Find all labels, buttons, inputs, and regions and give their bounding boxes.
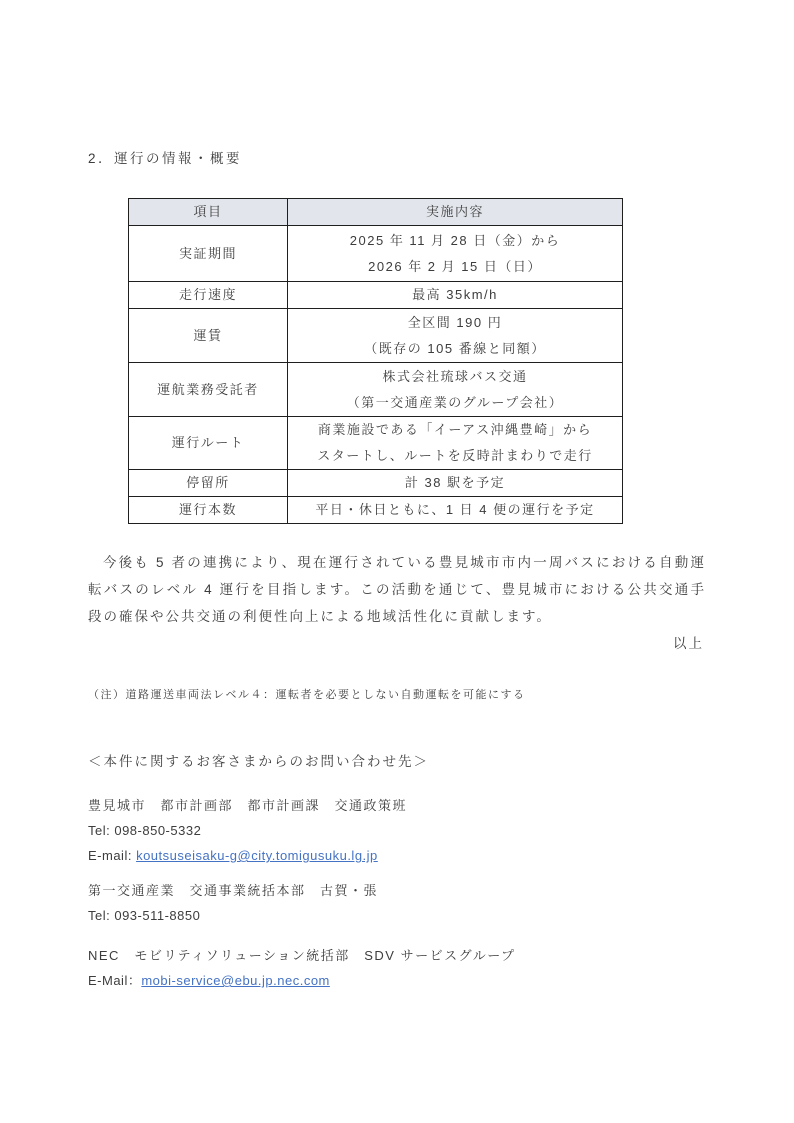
row-value-period: 2025 年 11 月 28 日（金）から 2026 年 2 月 15 日（日） xyxy=(288,226,623,282)
row-value-stops: 計 38 駅を予定 xyxy=(288,470,623,497)
footnote-level4: （注）道路運送車両法レベル４：運転者を必要としない自動運転を可能にする xyxy=(88,687,728,703)
email-label: E-Mail： xyxy=(88,973,141,988)
contact-email-line: E-mail: koutsuseisaku-g@city.tomigusuku.… xyxy=(88,843,728,868)
value-line: 2025 年 11 月 28 日（金）から xyxy=(292,228,618,254)
table-header-item: 項目 xyxy=(129,199,288,226)
table-row-fare: 運賃 全区間 190 円 （既存の 105 番線と同額） xyxy=(129,309,623,363)
row-value-frequency: 平日・休日ともに、1 日 4 便の運行を予定 xyxy=(288,497,623,524)
value-line: 2026 年 2 月 15 日（日） xyxy=(292,254,618,280)
body-paragraph: 今後も 5 者の連携により、現在運行されている豊見城市市内一周バスにおける自動運… xyxy=(88,549,706,630)
document-page: 2．運行の情報・概要 項目 実施内容 実証期間 2025 年 11 月 28 日… xyxy=(0,0,794,1123)
table-header-row: 項目 実施内容 xyxy=(129,199,623,226)
row-label-stops: 停留所 xyxy=(129,470,288,497)
inquiry-heading: ＜本件に関するお客さまからのお問い合わせ先＞ xyxy=(88,750,429,770)
row-label-contractor: 運航業務受託者 xyxy=(129,363,288,417)
row-value-speed: 最高 35km/h xyxy=(288,282,623,309)
email-label: E-mail: xyxy=(88,848,136,863)
contact-org: NEC モビリティソリューション統括部 SDV サービスグループ xyxy=(88,943,728,968)
row-label-frequency: 運行本数 xyxy=(129,497,288,524)
table-row-route: 運行ルート 商業施設である「イーアス沖縄豊崎」から スタートし、ルートを反時計ま… xyxy=(129,417,623,470)
table-row-frequency: 運行本数 平日・休日ともに、1 日 4 便の運行を予定 xyxy=(129,497,623,524)
table-row-period: 実証期間 2025 年 11 月 28 日（金）から 2026 年 2 月 15… xyxy=(129,226,623,282)
table-row-stops: 停留所 計 38 駅を予定 xyxy=(129,470,623,497)
value-line: （既存の 105 番線と同額） xyxy=(292,336,618,362)
row-label-period: 実証期間 xyxy=(129,226,288,282)
row-label-route: 運行ルート xyxy=(129,417,288,470)
row-label-fare: 運賃 xyxy=(129,309,288,363)
value-line: 株式会社琉球バス交通 xyxy=(292,364,618,390)
contact-tel: Tel: 098-850-5332 xyxy=(88,818,728,843)
row-value-route: 商業施設である「イーアス沖縄豊崎」から スタートし、ルートを反時計まわりで走行 xyxy=(288,417,623,470)
value-line: 商業施設である「イーアス沖縄豊崎」から xyxy=(292,417,618,443)
value-line: スタートし、ルートを反時計まわりで走行 xyxy=(292,443,618,469)
row-value-fare: 全区間 190 円 （既存の 105 番線と同額） xyxy=(288,309,623,363)
email-link-nec[interactable]: mobi-service@ebu.jp.nec.com xyxy=(141,973,330,988)
value-line: 全区間 190 円 xyxy=(292,310,618,336)
section-title: 2．運行の情報・概要 xyxy=(88,147,242,167)
closing-text: 以上 xyxy=(88,630,704,657)
table-row-speed: 走行速度 最高 35km/h xyxy=(129,282,623,309)
row-value-contractor: 株式会社琉球バス交通 （第一交通産業のグループ会社） xyxy=(288,363,623,417)
contact-daiichi-kotsu: 第一交通産業 交通事業統括本部 古賀・張 Tel: 093-511-8850 xyxy=(88,878,728,928)
contact-tomigusuku: 豊見城市 都市計画部 都市計画課 交通政策班 Tel: 098-850-5332… xyxy=(88,793,728,868)
operation-info-table: 項目 実施内容 実証期間 2025 年 11 月 28 日（金）から 2026 … xyxy=(128,198,623,524)
contact-tel: Tel: 093-511-8850 xyxy=(88,903,728,928)
table-header-content: 実施内容 xyxy=(288,199,623,226)
email-link-tomigusuku[interactable]: koutsuseisaku-g@city.tomigusuku.lg.jp xyxy=(136,848,378,863)
row-label-speed: 走行速度 xyxy=(129,282,288,309)
contact-org: 豊見城市 都市計画部 都市計画課 交通政策班 xyxy=(88,793,728,818)
table-row-contractor: 運航業務受託者 株式会社琉球バス交通 （第一交通産業のグループ会社） xyxy=(129,363,623,417)
contact-nec: NEC モビリティソリューション統括部 SDV サービスグループ E-Mail：… xyxy=(88,943,728,993)
contact-email-line: E-Mail：mobi-service@ebu.jp.nec.com xyxy=(88,968,728,993)
contact-org: 第一交通産業 交通事業統括本部 古賀・張 xyxy=(88,878,728,903)
value-line: （第一交通産業のグループ会社） xyxy=(292,390,618,416)
